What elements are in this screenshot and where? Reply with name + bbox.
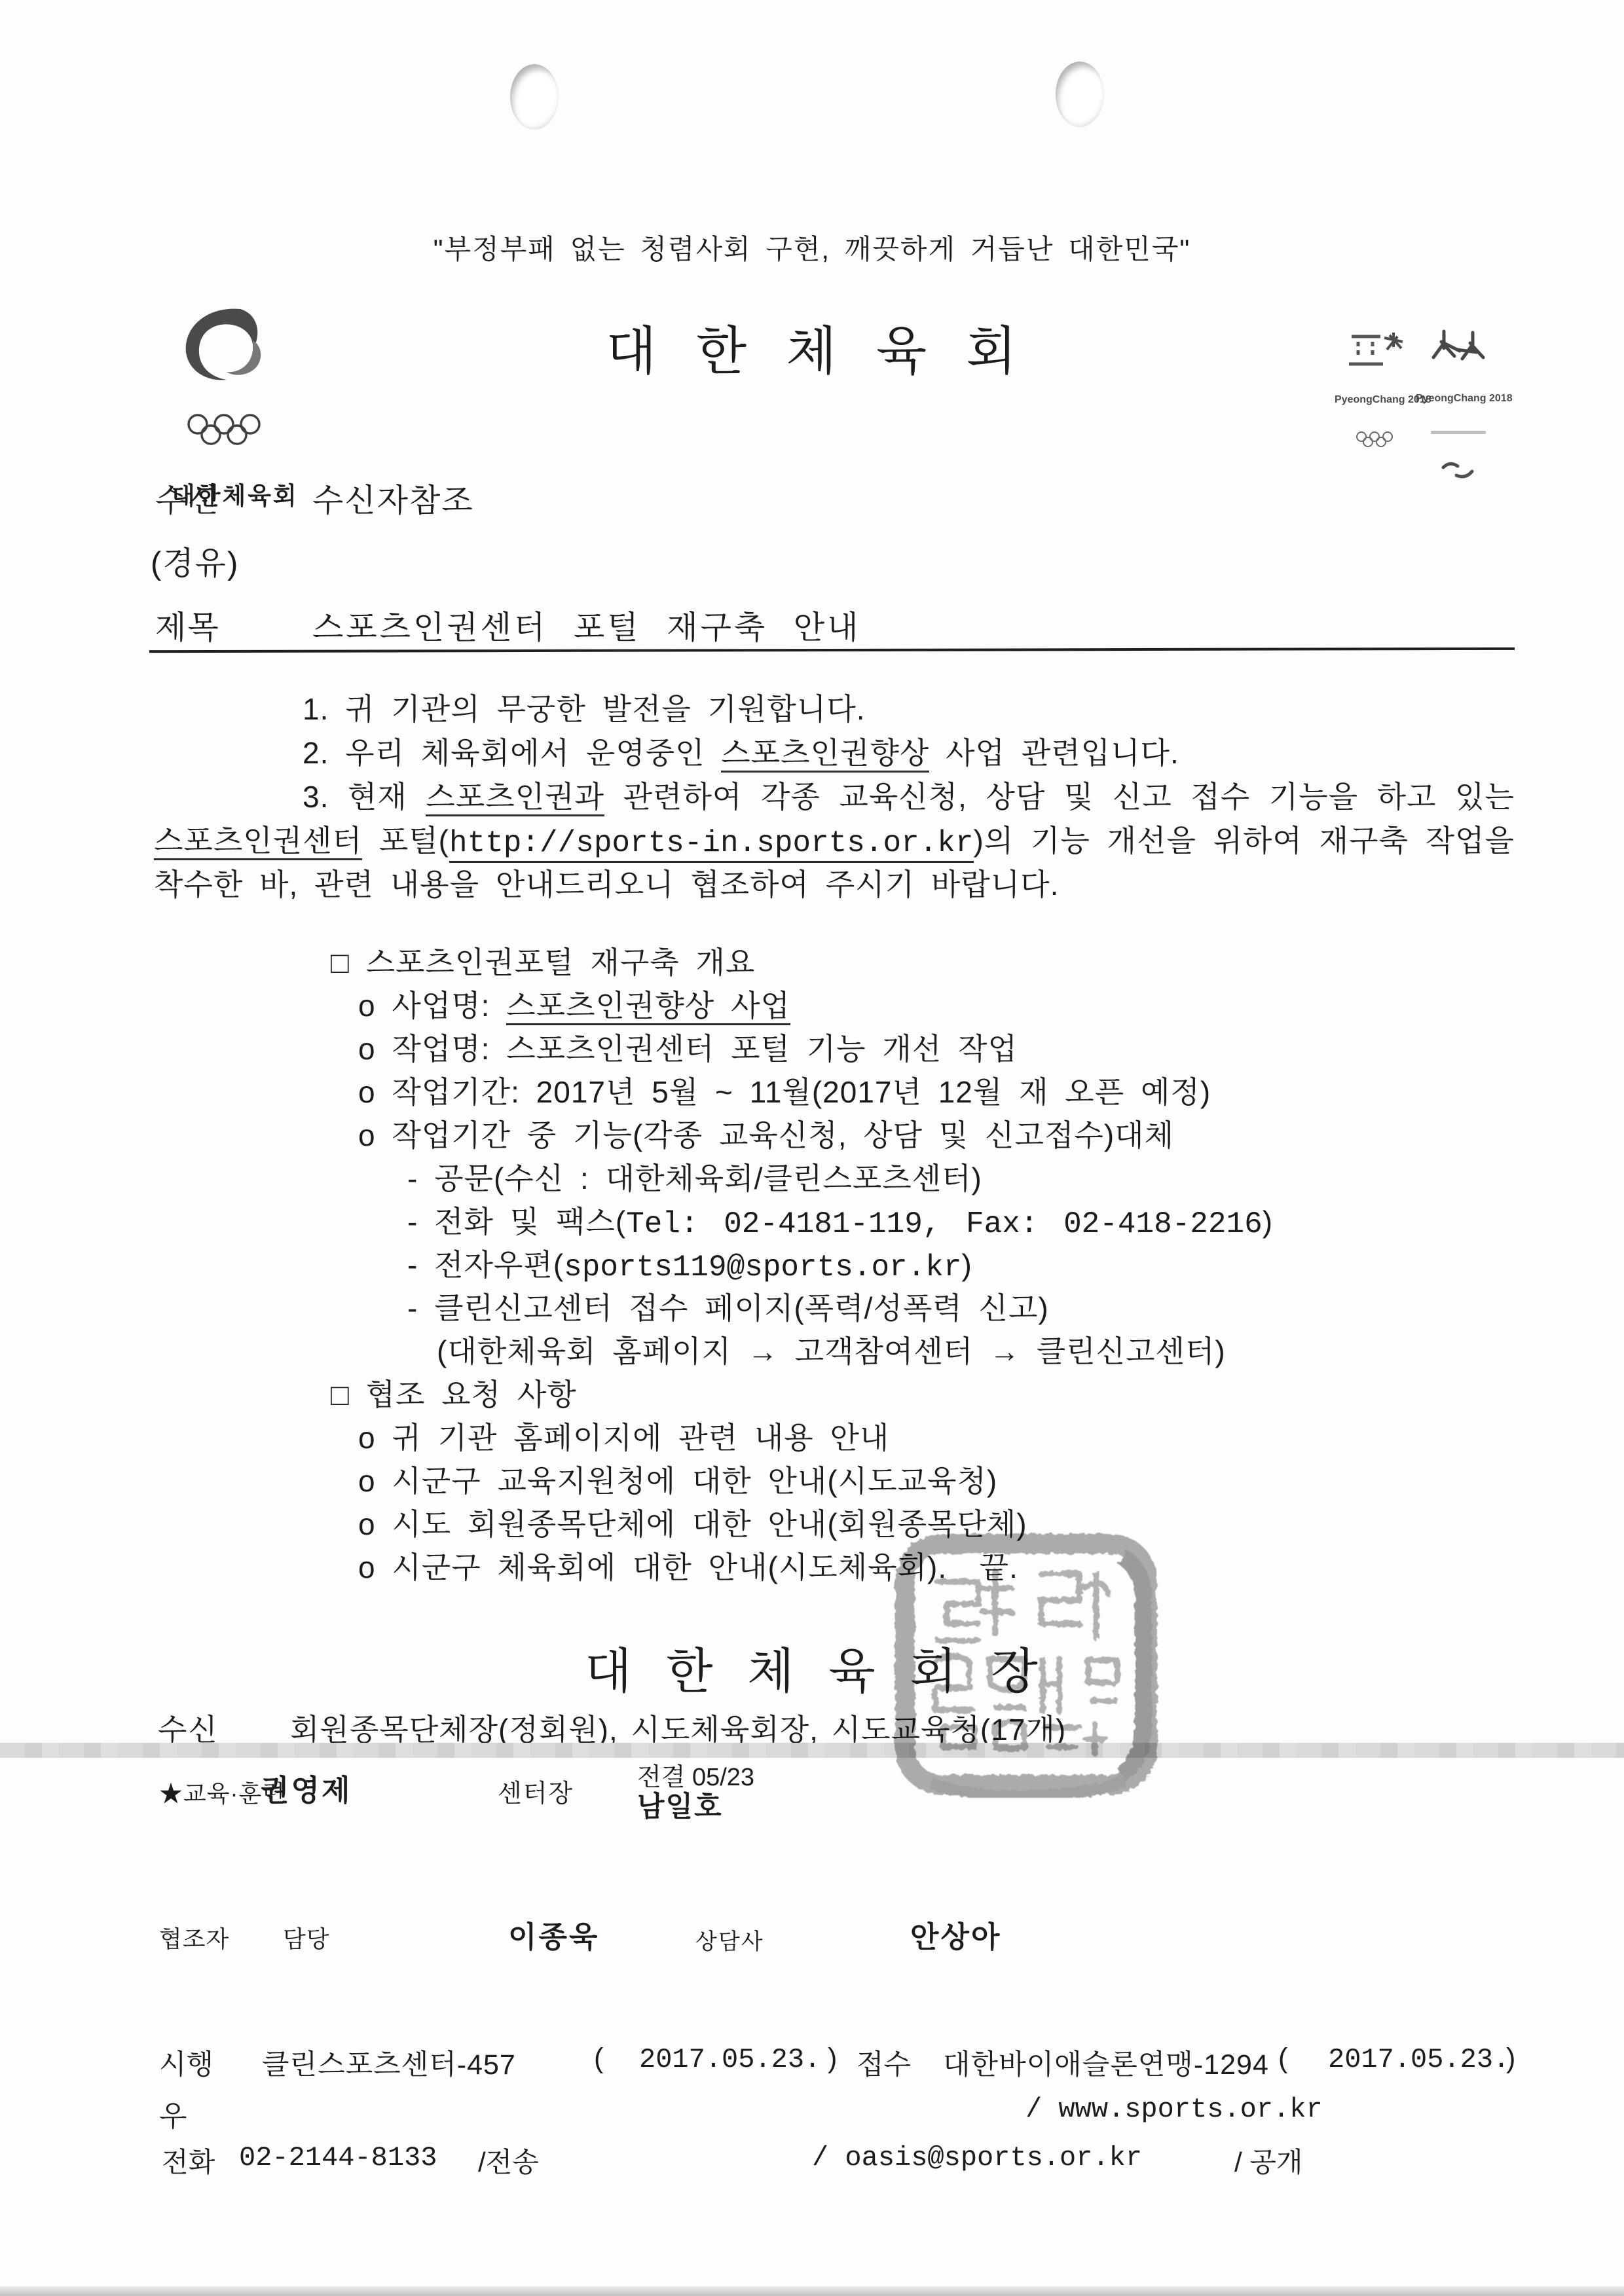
approval-drafter-name: 권영제 [261, 1766, 352, 1809]
text-segment: 착수한 바, 관련 내용을 안내드리오니 협조하여 주시기 바랍니다. [154, 867, 1059, 902]
text-segment: - 전자우편( [407, 1248, 564, 1282]
text-segment: Tel: 02-4181-119, Fax: 02-418-2216 [626, 1207, 1263, 1241]
list-item-work-period: o 작업기간: 2017년 5월 ~ 11월(2017년 12월 재 오픈 예정… [358, 1076, 1211, 1109]
list-item-tel-fax: - 전화 및 팩스(Tel: 02-4181-119, Fax: 02-418-… [407, 1205, 1273, 1241]
enforcement-lparen-2: ( [1278, 2043, 1287, 2075]
approval-approver-name: 남일호 [637, 1785, 723, 1825]
text-segment: 스포츠인권향상 사업 [506, 989, 790, 1025]
cooperation-label: 협조자 [159, 1921, 229, 1954]
body-line-2: 2. 우리 체육회에서 운영중인 스포츠인권향상 사업 관련입니다. [303, 737, 1179, 770]
cooperation-name-2: 안상아 [910, 1913, 1001, 1956]
scan-artifact-band [0, 1743, 1624, 1758]
text-segment: □ 협조 요청 사항 [331, 1377, 577, 1412]
body-line-4: 스포츠인권센터 포털(http://sports-in.sports.or.kr… [154, 824, 1515, 860]
text-segment: o 작업명: 스포츠인권센터 포털 기능 개선 작업 [358, 1032, 1018, 1066]
list-item-function-replacement: o 작업기간 중 기능(각종 교육신청, 상담 및 신고접수)대체 [358, 1119, 1174, 1152]
text-segment: sports119@sports.or.kr [564, 1250, 961, 1285]
closing-sender-title: 대 한 체 육 회 장 [0, 1633, 1624, 1702]
punch-hole-right [1056, 62, 1104, 127]
postal-label: 우 [159, 2092, 187, 2134]
text-segment: - 공문(수신 : 대한체육회/클린스포츠센터) [407, 1161, 982, 1195]
text-segment: (대한체육회 홈페이지 → 고객참여센터 → 클린신고센터) [437, 1334, 1226, 1368]
pyeongchang-olympic-glyph-icon [1346, 330, 1405, 371]
text-segment: o 작업기간 중 기능(각종 교육신청, 상담 및 신고접수)대체 [358, 1118, 1174, 1152]
disclosure-label: / 공개 [1234, 2141, 1302, 2180]
text-segment: )의 기능 개선을 위하여 재구축 작업을 [974, 824, 1515, 858]
text-segment: 관련하여 각종 교육신청, 상담 및 신고 접수 기능을 하고 있는 [604, 780, 1515, 814]
fax-label: /전송 [478, 2141, 539, 2180]
header-rule [149, 647, 1515, 653]
pyeongchang-olympic-mark: PyeongChang 2018 [1335, 306, 1416, 471]
enforcement-rparen-1: ) [828, 2043, 837, 2075]
olympic-rings-icon [175, 413, 293, 447]
website-value: / www.sports.or.kr [1025, 2094, 1323, 2125]
receipt-label: 접수 [857, 2043, 911, 2083]
approval-approver-title: 센터장 [498, 1773, 574, 1809]
list-item-clean-report-path: (대한체육회 홈페이지 → 고객참여센터 → 클린신고센터) [437, 1335, 1226, 1368]
pyeongchang-paralympic-glyph-icon [1426, 326, 1491, 369]
text-segment: http://sports-in.sports.or.kr [449, 826, 974, 863]
enforcement-doc-no: 클린스포츠센터-457 [262, 2043, 516, 2083]
enforcement-lparen-1: ( [594, 2043, 603, 2075]
list-item-cooperation-heading: □ 협조 요청 사항 [331, 1378, 577, 1412]
via-line: (경유) [151, 538, 239, 584]
text-segment: 스포츠인권센터 [154, 824, 362, 860]
body-line-1: 1. 귀 기관의 무궁한 발전을 기원합니다. [303, 693, 866, 726]
pyeongchang-paralympic-mark: PyeongChang 2018 [1416, 302, 1501, 503]
text-segment: 3. 현재 [303, 780, 426, 814]
text-segment: 포털( [362, 824, 449, 858]
text-segment: 2. 우리 체육회에서 운영중인 [303, 736, 721, 770]
punch-hole-left [510, 64, 559, 130]
text-segment: 1. 귀 기관의 무궁한 발전을 기원합니다. [303, 692, 866, 726]
cooperation-name-1: 이종욱 [508, 1913, 599, 1956]
list-item-email: - 전자우편(sports119@sports.or.kr) [407, 1248, 972, 1285]
cooperation-role-2: 상담사 [695, 1923, 764, 1956]
receipt-no: 대한바이애슬론연맹-1294 [943, 2043, 1269, 2083]
slogan-text: "부정부패 없는 청렴사회 구현, 깨끗하게 거듭난 대한민국" [0, 228, 1624, 267]
text-segment: - 전화 및 팩스( [407, 1205, 626, 1239]
subject-label: 제목 [155, 602, 220, 648]
list-item-homepage-notice: o 귀 기관 홈페이지에 관련 내용 안내 [358, 1421, 889, 1455]
list-item-work-name: o 작업명: 스포츠인권센터 포털 기능 개선 작업 [358, 1032, 1018, 1066]
enforcement-date-2: 2017.05.23. [1328, 2044, 1509, 2075]
body-line-3: 3. 현재 스포츠인권과 관련하여 각종 교육신청, 상담 및 신고 접수 기능… [303, 780, 1515, 814]
body-line-5: 착수한 바, 관련 내용을 안내드리오니 협조하여 주시기 바랍니다. [154, 868, 1059, 902]
tel-value: 02-2144-8133 [239, 2142, 437, 2174]
cooperation-role-1: 담당 [283, 1921, 330, 1954]
scan-bottom-shadow [0, 2286, 1624, 2296]
official-seal-stamp [892, 1531, 1160, 1798]
recipient-label: 수신 [155, 475, 220, 521]
tel-label: 전화 [162, 2141, 215, 2180]
text-segment: o 시군구 교육지원청에 대한 안내(시도교육청) [358, 1464, 997, 1498]
subject-value: 스포츠인권센터 포털 재구축 안내 [312, 602, 861, 648]
pyeongchang-olympic-rings-icon [1352, 431, 1400, 448]
email-value: / oasis@sports.or.kr [812, 2142, 1142, 2174]
text-segment: o 작업기간: 2017년 5월 ~ 11월(2017년 12월 재 오픈 예정… [358, 1075, 1211, 1109]
recipient-value: 수신자참조 [312, 475, 474, 521]
text-segment: o 사업명: [358, 989, 506, 1023]
list-item-edu-office-notice: o 시군구 교육지원청에 대한 안내(시도교육청) [358, 1465, 997, 1498]
scanned-official-letter: "부정부패 없는 청렴사회 구현, 깨끗하게 거듭난 대한민국" 대한체육회 대… [0, 0, 1624, 2296]
list-item-overview-heading: □ 스포츠인권포털 재구축 개요 [331, 946, 755, 979]
list-item-official-doc: - 공문(수신 : 대한체육회/클린스포츠센터) [407, 1162, 982, 1195]
paralympic-wordmark-line [1431, 431, 1486, 434]
text-segment: ) [961, 1248, 972, 1282]
paralympic-agitos-icon [1437, 460, 1480, 479]
list-item-project-name: o 사업명: 스포츠인권향상 사업 [358, 989, 790, 1023]
pyeongchang-paralympic-label: PyeongChang 2018 [1416, 393, 1501, 405]
enforcement-date-1: 2017.05.23. [639, 2044, 821, 2075]
text-segment: - 클린신고센터 접수 페이지(폭력/성폭력 신고) [407, 1291, 1049, 1325]
text-segment: □ 스포츠인권포털 재구축 개요 [331, 945, 755, 979]
text-segment: ) [1263, 1205, 1273, 1239]
enforcement-label: 시행 [159, 2043, 213, 2083]
text-segment: 스포츠인권과 [426, 780, 604, 816]
pyeongchang-olympic-label: PyeongChang 2018 [1335, 394, 1416, 406]
text-segment: 스포츠인권향상 [721, 736, 929, 773]
text-segment: 사업 관련입니다. [929, 736, 1179, 770]
text-segment: o 귀 기관 홈페이지에 관련 내용 안내 [358, 1421, 889, 1455]
enforcement-rparen-2: ) [1506, 2043, 1515, 2075]
list-item-clean-report-page: - 클린신고센터 접수 페이지(폭력/성폭력 신고) [407, 1292, 1049, 1325]
